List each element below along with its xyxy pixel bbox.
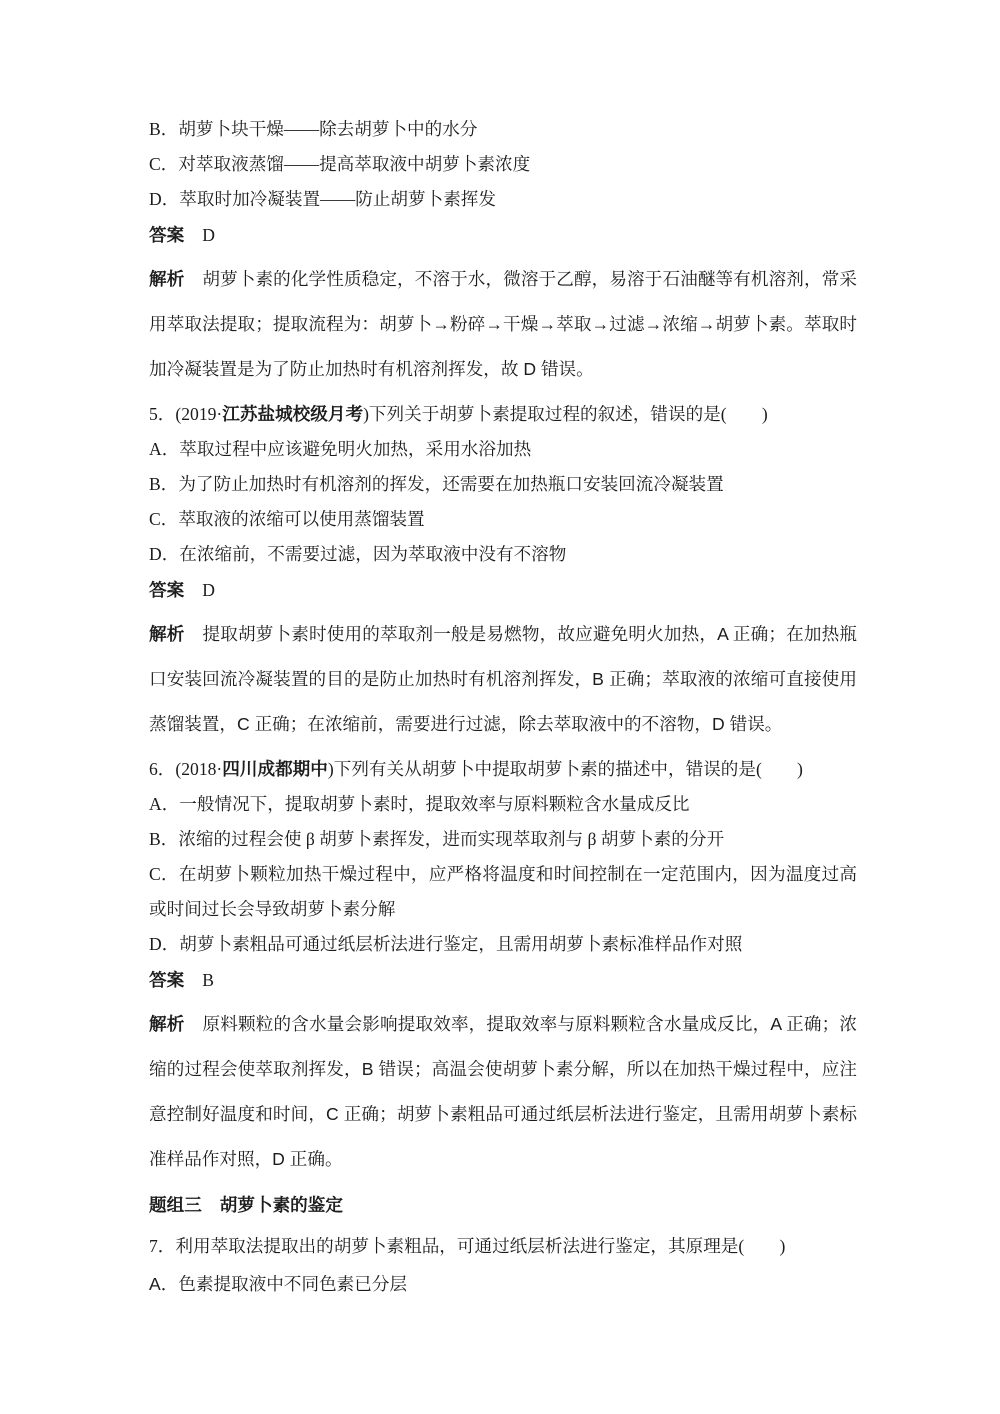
q4-explanation: 解析胡萝卜素的化学性质稳定，不溶于水，微溶于乙醇，易溶于石油醚等有机溶剂，常采用… (149, 257, 857, 392)
answer-value: B (202, 970, 214, 990)
q6-option-c: C．在胡萝卜颗粒加热干燥过程中，应严格将温度和时间控制在一定范围内，因为温度过高… (149, 857, 857, 927)
q6-option-b: B．浓缩的过程会使 β 胡萝卜素挥发，进而实现萃取剂与 β 胡萝卜素的分开 (149, 822, 857, 857)
stem-text: 7．利用萃取法提取出的胡萝卜素粗品，可通过纸层析法进行鉴定，其原理是( ) (149, 1236, 785, 1256)
q5-explanation: 解析提取胡萝卜素时使用的萃取剂一般是易燃物，故应避免明火加热，A 正确；在加热瓶… (149, 612, 857, 747)
q5-answer: 答案D (149, 572, 857, 608)
option-text: D．在浓缩前，不需要过滤，因为萃取液中没有不溶物 (149, 544, 566, 564)
source-tag: 四川成都期中 (222, 759, 328, 779)
option-text: C．萃取液的浓缩可以使用蒸馏装置 (149, 509, 425, 529)
q4-option-c: C．对萃取液蒸馏——提高萃取液中胡萝卜素浓度 (149, 147, 857, 182)
q6-option-a: A．一般情况下，提取胡萝卜素时，提取效率与原料颗粒含水量成反比 (149, 787, 857, 822)
stem-prefix: 5．(2019· (149, 404, 222, 424)
answer-value: D (202, 225, 215, 245)
explanation-label: 解析 (149, 269, 184, 289)
answer-label: 答案 (149, 580, 184, 600)
topic-heading-3: 题组三胡萝卜素的鉴定 (149, 1186, 857, 1224)
option-text: D．胡萝卜素粗品可通过纸层析法进行鉴定，且需用胡萝卜素标准样品作对照 (149, 934, 742, 954)
q6-explanation: 解析原料颗粒的含水量会影响提取效率，提取效率与原料颗粒含水量成反比，A 正确；浓… (149, 1002, 857, 1182)
answer-value: D (202, 580, 215, 600)
option-text: C．在胡萝卜颗粒加热干燥过程中，应严格将温度和时间控制在一定范围内，因为温度过高… (149, 864, 857, 919)
option-text: B．浓缩的过程会使 β 胡萝卜素挥发，进而实现萃取剂与 β 胡萝卜素的分开 (149, 829, 724, 849)
option-text: D．萃取时加冷凝装置——防止胡萝卜素挥发 (149, 189, 496, 209)
q4-option-d: D．萃取时加冷凝装置——防止胡萝卜素挥发 (149, 182, 857, 217)
q7-option-a: A．色素提取液中不同色素已分层 (149, 1264, 857, 1304)
explanation-text: 胡萝卜素的化学性质稳定，不溶于水，微溶于乙醇，易溶于石油醚等有机溶剂，常采用萃取… (149, 269, 857, 379)
option-text: A．一般情况下，提取胡萝卜素时，提取效率与原料颗粒含水量成反比 (149, 794, 690, 814)
stem-text: )下列有关从胡萝卜中提取胡萝卜素的描述中，错误的是( ) (328, 759, 803, 779)
answer-label: 答案 (149, 970, 184, 990)
q5-stem: 5．(2019·江苏盐城校级月考)下列关于胡萝卜素提取过程的叙述，错误的是( ) (149, 396, 857, 432)
option-text: C．对萃取液蒸馏——提高萃取液中胡萝卜素浓度 (149, 154, 530, 174)
heading-text: 胡萝卜素的鉴定 (220, 1195, 343, 1215)
q5-option-a: A．萃取过程中应该避免明火加热，采用水浴加热 (149, 432, 857, 467)
explanation-text: 原料颗粒的含水量会影响提取效率，提取效率与原料颗粒含水量成反比，A 正确；浓缩的… (149, 1014, 857, 1169)
q5-option-d: D．在浓缩前，不需要过滤，因为萃取液中没有不溶物 (149, 537, 857, 572)
q6-option-d: D．胡萝卜素粗品可通过纸层析法进行鉴定，且需用胡萝卜素标准样品作对照 (149, 927, 857, 962)
stem-prefix: 6．(2018· (149, 759, 222, 779)
q5-option-b: B．为了防止加热时有机溶剂的挥发，还需要在加热瓶口安装回流冷凝装置 (149, 467, 857, 502)
heading-label: 题组三 (149, 1195, 202, 1215)
q7-stem: 7．利用萃取法提取出的胡萝卜素粗品，可通过纸层析法进行鉴定，其原理是( ) (149, 1228, 857, 1264)
answer-label: 答案 (149, 225, 184, 245)
explanation-label: 解析 (149, 624, 185, 644)
option-text: B．胡萝卜块干燥——除去胡萝卜中的水分 (149, 119, 477, 139)
q4-answer: 答案D (149, 217, 857, 253)
stem-text: )下列关于胡萝卜素提取过程的叙述，错误的是( ) (363, 404, 768, 424)
q6-answer: 答案B (149, 962, 857, 998)
explanation-label: 解析 (149, 1014, 185, 1034)
q6-stem: 6．(2018·四川成都期中)下列有关从胡萝卜中提取胡萝卜素的描述中，错误的是(… (149, 751, 857, 787)
q4-option-b: B．胡萝卜块干燥——除去胡萝卜中的水分 (149, 112, 857, 147)
option-text: A．色素提取液中不同色素已分层 (149, 1274, 407, 1294)
source-tag: 江苏盐城校级月考 (222, 404, 363, 424)
option-text: B．为了防止加热时有机溶剂的挥发，还需要在加热瓶口安装回流冷凝装置 (149, 474, 724, 494)
q5-option-c: C．萃取液的浓缩可以使用蒸馏装置 (149, 502, 857, 537)
document-content: B．胡萝卜块干燥——除去胡萝卜中的水分C．对萃取液蒸馏——提高萃取液中胡萝卜素浓… (149, 112, 857, 1304)
option-text: A．萃取过程中应该避免明火加热，采用水浴加热 (149, 439, 531, 459)
explanation-text: 提取胡萝卜素时使用的萃取剂一般是易燃物，故应避免明火加热，A 正确；在加热瓶口安… (149, 624, 857, 734)
